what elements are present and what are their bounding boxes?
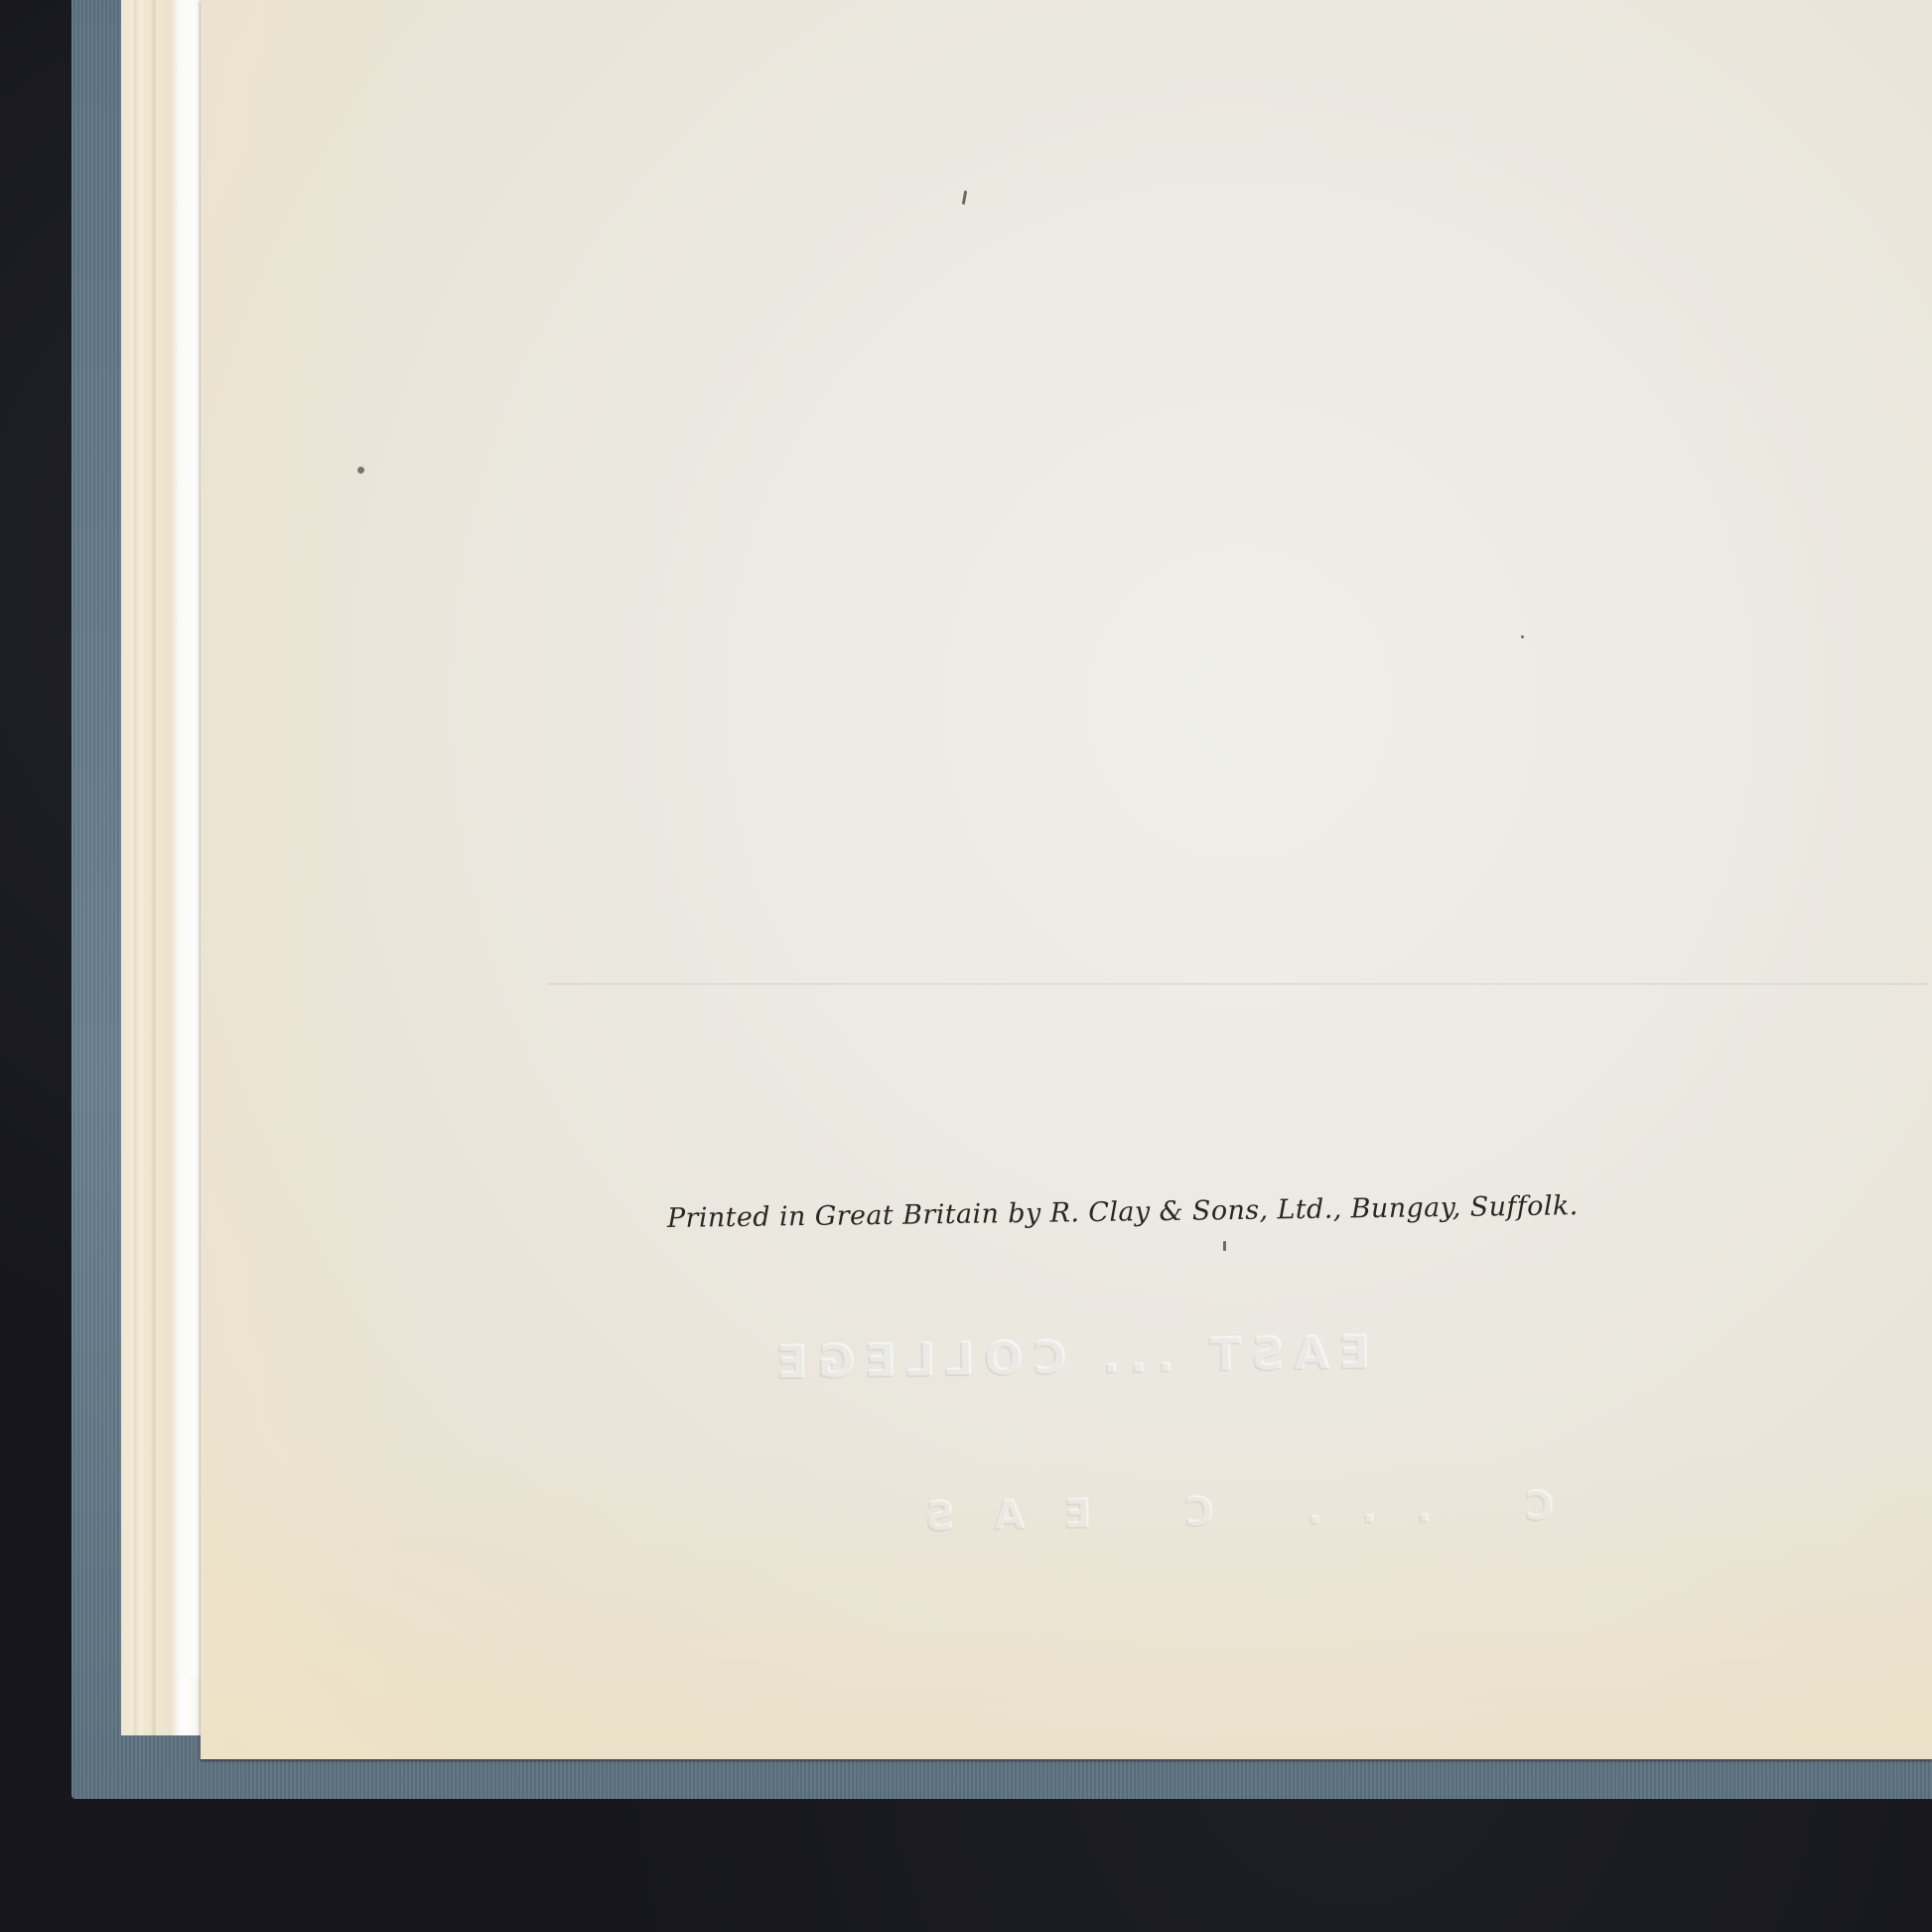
page-edges-stack: [121, 0, 210, 1735]
paper-speck: [1521, 635, 1524, 638]
embossed-stamp-line-2: C ... C EAS: [886, 1483, 1555, 1541]
paper-speck: [962, 191, 967, 205]
show-through-rule: [548, 983, 1928, 985]
imprint-page: Printed in Great Britain by R. Clay & So…: [201, 0, 1932, 1759]
paper-speck: [1223, 1241, 1226, 1251]
embossed-stamp-line-1: EAST ... COLLEGE: [766, 1325, 1371, 1390]
photo-scene: Printed in Great Britain by R. Clay & So…: [0, 0, 1932, 1932]
inserted-white-leaf: [181, 0, 201, 1678]
paper-speck: [357, 467, 364, 474]
printer-imprint: Printed in Great Britain by R. Clay & So…: [667, 1190, 1579, 1234]
